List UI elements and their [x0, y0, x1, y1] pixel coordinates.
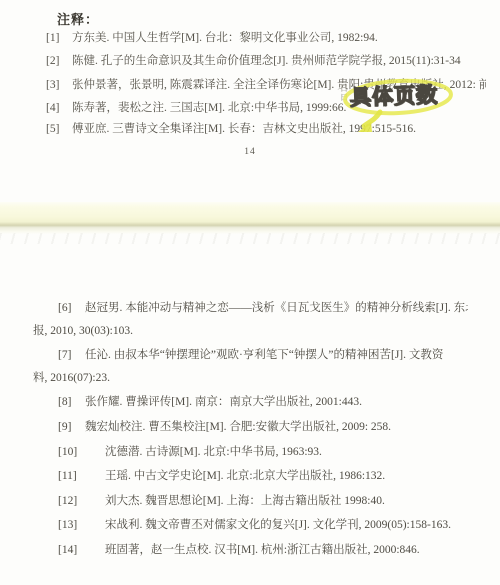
reference-number: [1]: [46, 31, 72, 45]
reference-item-6: [6]赵冠男. 本能冲动与精神之恋——浅析《日瓦戈医生》的精神分析线索[J]. …: [33, 297, 468, 342]
annotation-label: 具体页数: [350, 78, 455, 112]
page-number: 14: [0, 147, 500, 157]
reference-number: [14]: [58, 539, 105, 562]
reference-item-7: [7]任沁. 由叔本华“钟摆理论”观欧·亨利笔下“钟摆人”的精神困苦[J]. 文…: [33, 344, 468, 389]
reference-item-8: [8]张作耀. 曹操评传[M]. 南京：南京大学出版社, 2001:443.: [33, 391, 468, 414]
reference-text-cont: 报, 2010, 30(03):103.: [33, 320, 468, 343]
reference-number: [10]: [58, 441, 105, 464]
reference-text: 沈德潜. 古诗源[M]. 北京:中华书局, 1963:93.: [105, 446, 322, 458]
reference-text: 陈寿著，裴松之注. 三国志[M]. 北京:中华书局, 1999:66.: [72, 102, 346, 114]
reference-item-10: [10]沈德潜. 古诗源[M]. 北京:中华书局, 1963:93.: [33, 441, 468, 464]
reference-text: 宋战利. 魏文帝曹丕对儒家文化的复兴[J]. 文化学刊, 2009(05):15…: [105, 519, 451, 531]
reference-text: 陈健. 孔子的生命意识及其生命价值理念[J]. 贵州师范学院学报, 2015(1…: [72, 55, 461, 67]
reference-number: [12]: [58, 490, 105, 513]
reference-item-14: [14]班固著，赵一生点校. 汉书[M]. 杭州:浙江古籍出版社, 2000:8…: [33, 539, 468, 562]
page-edge-texture: [0, 233, 500, 244]
reference-text: 任沁. 由叔本华“钟摆理论”观欧·亨利笔下“钟摆人”的精神困苦[J]. 文教资: [85, 349, 443, 361]
reference-text: 赵冠男. 本能冲动与精神之恋——浅析《日瓦戈医生》的精神分析线索[J]. 东北电…: [85, 302, 468, 314]
reference-text: 王瑶. 中古文学史论[M]. 北京:北京大学出版社, 1986:132.: [105, 470, 385, 482]
reference-text: 刘大杰. 魏晋思想论[M]. 上海：上海古籍出版社 1998:40.: [105, 495, 385, 507]
reference-text: 魏宏灿校注. 曹丕集校注[M]. 合肥:安徽大学出版社, 2009: 258.: [85, 421, 391, 433]
reference-number: [8]: [58, 391, 85, 414]
notes-section-title: 注释：: [57, 9, 99, 28]
reference-number: [5]: [46, 122, 72, 136]
reference-number: [13]: [58, 514, 105, 537]
page-2: [6]赵冠男. 本能冲动与精神之恋——浅析《日瓦戈医生》的精神分析线索[J]. …: [33, 297, 468, 564]
reference-number: [2]: [46, 54, 72, 68]
reference-item-9: [9]魏宏灿校注. 曹丕集校注[M]. 合肥:安徽大学出版社, 2009: 25…: [33, 416, 468, 439]
reference-number: [9]: [58, 416, 85, 439]
reference-item-13: [13]宋战利. 魏文帝曹丕对儒家文化的复兴[J]. 文化学刊, 2009(05…: [33, 514, 468, 537]
reference-text: 班固著，赵一生点校. 汉书[M]. 杭州:浙江古籍出版社, 2000:846.: [105, 544, 420, 556]
reference-item-1: [1]方东美. 中国人生哲学[M]. 台北：黎明文化事业公司, 1982:94.: [46, 31, 486, 45]
reference-number: [6]: [58, 297, 85, 320]
reference-item-12: [12]刘大杰. 魏晋思想论[M]. 上海：上海古籍出版社 1998:40.: [33, 490, 468, 513]
reference-number: [3]: [46, 78, 72, 92]
reference-item-2: [2]陈健. 孔子的生命意识及其生命价值理念[J]. 贵州师范学院学报, 201…: [46, 54, 486, 68]
page-break-band: [0, 202, 500, 234]
reference-item-11: [11]王瑶. 中古文学史论[M]. 北京:北京大学出版社, 1986:132.: [33, 465, 468, 488]
reference-number: [4]: [46, 101, 72, 115]
reference-text-cont: 料, 2016(07):23.: [33, 367, 468, 390]
reference-text: 方东美. 中国人生哲学[M]. 台北：黎明文化事业公司, 1982:94.: [72, 32, 378, 44]
reference-text: 张作耀. 曹操评传[M]. 南京：南京大学出版社, 2001:443.: [85, 396, 362, 408]
reference-number: [11]: [58, 465, 105, 488]
reference-number: [7]: [58, 344, 85, 367]
